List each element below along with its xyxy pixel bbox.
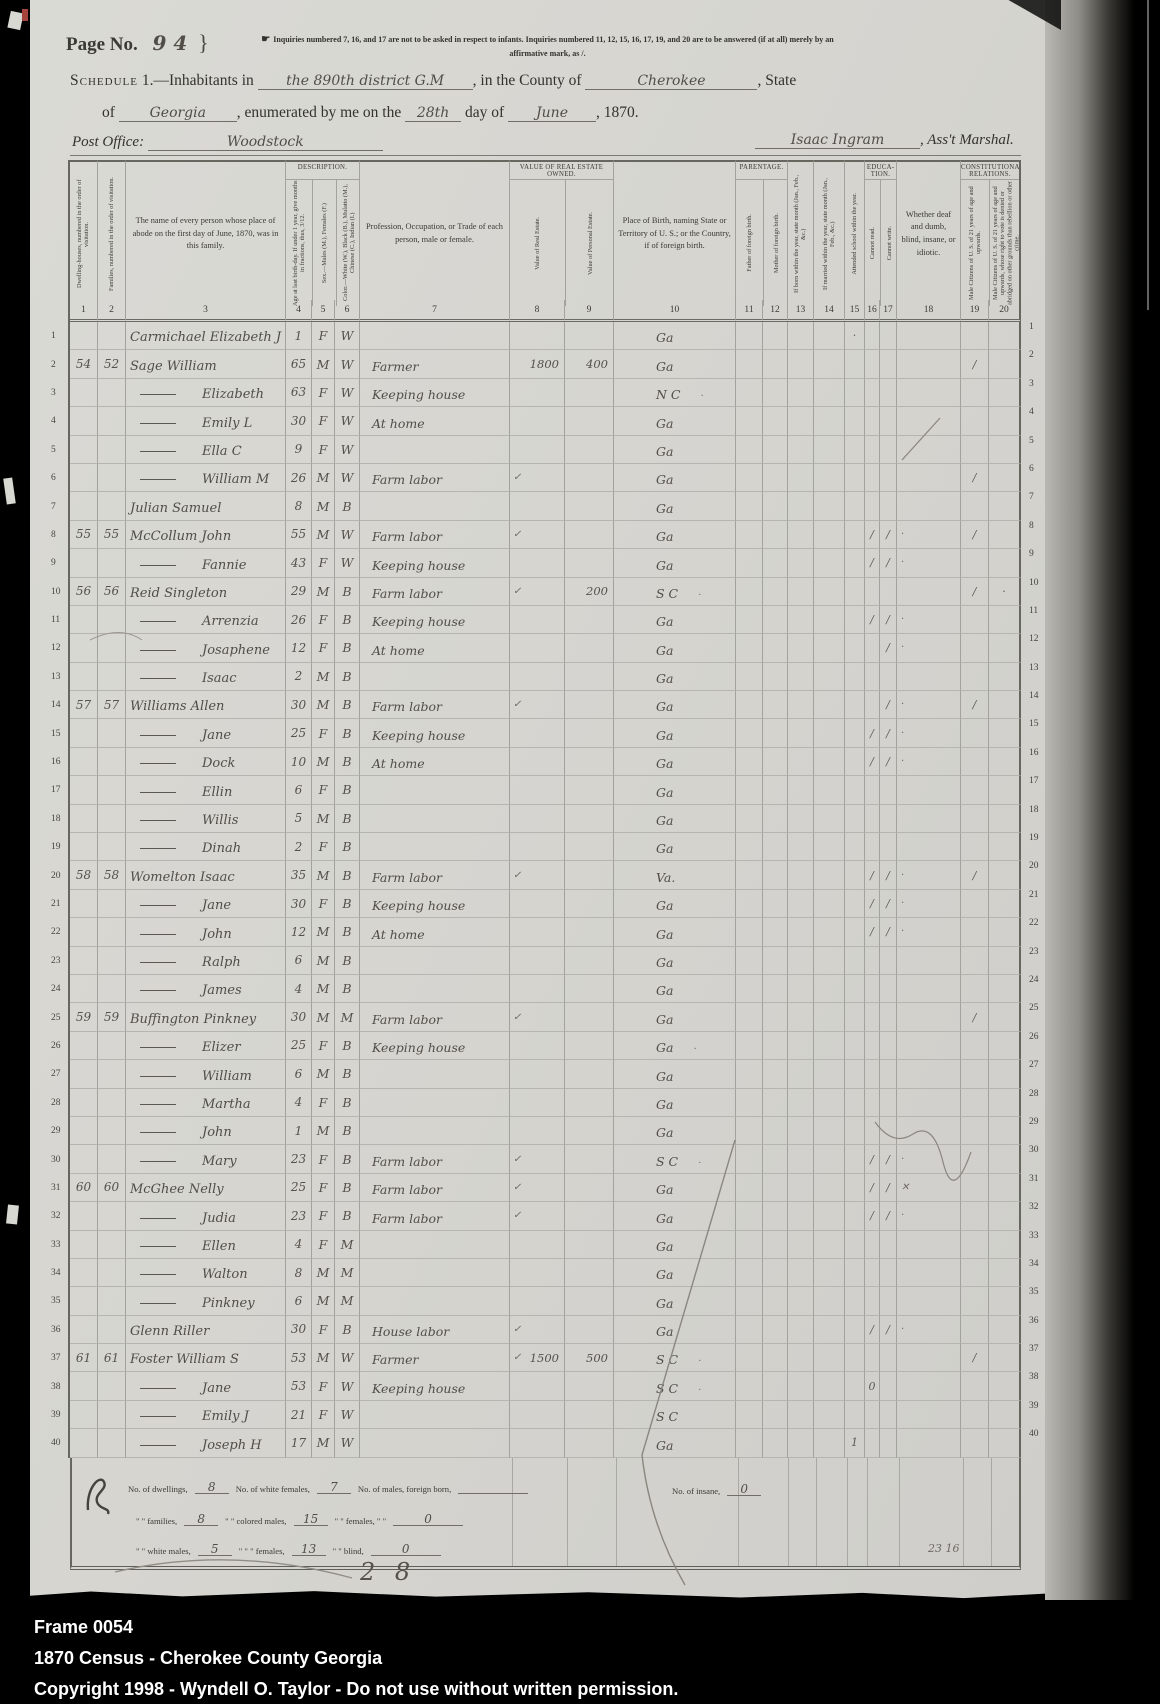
cell-birthplace: Ga <box>614 748 736 776</box>
cell-age: 26 <box>286 464 312 492</box>
cell-birthplace: Ga <box>614 1003 736 1031</box>
ditto-dash-mark <box>140 394 176 395</box>
cell-father-foreign <box>736 1117 763 1145</box>
affirmative-tick: ✓ <box>513 586 521 597</box>
cell-month-born <box>788 1117 814 1145</box>
cell-month-born <box>788 1287 814 1315</box>
header-group-constitutional: CONSTITUTIONAL RELATIONS. Male Citizens … <box>961 160 1021 306</box>
census-row: 38Jane53FWKeeping houseS C·0 <box>48 1372 1021 1400</box>
cell-cannot-read <box>865 407 880 435</box>
ditto-dash-mark <box>140 1076 176 1077</box>
row-number-left: 28 <box>48 1089 70 1117</box>
affirmative-tick: ✓ <box>513 529 521 540</box>
schedule-rest: 1.—Inhabitants in <box>138 72 254 89</box>
cell-attended-school <box>845 719 865 747</box>
occupation-text: Farmer <box>372 359 418 374</box>
cell-dwelling-number <box>70 663 98 691</box>
cell-real-estate <box>510 1287 565 1315</box>
cell-attended-school <box>845 1145 865 1173</box>
cell-male-citizen <box>961 1117 989 1145</box>
birthplace-text: Ga <box>656 841 673 856</box>
cell-age: 21 <box>286 1401 312 1429</box>
cell-name: Joseph H <box>126 1429 286 1457</box>
cell-family-number <box>98 1372 126 1400</box>
birthplace-text: S C <box>656 1381 678 1396</box>
cell-month-married <box>814 350 845 378</box>
ditto-dash-mark <box>140 1132 176 1133</box>
cell-age: 30 <box>286 1003 312 1031</box>
cell-occupation: Farm labor <box>360 691 510 719</box>
cell-cannot-write <box>880 1060 897 1088</box>
header-label: Value of Personal Estate. <box>587 212 594 275</box>
header-sex: Sex.—Males (M.), Females (F.) <box>313 180 337 306</box>
cell-month-married <box>814 1287 845 1315</box>
cell-cannot-read <box>865 1401 880 1429</box>
cell-month-born <box>788 436 814 464</box>
cell-attended-school <box>845 748 865 776</box>
cell-father-foreign <box>736 1089 763 1117</box>
cell-father-foreign <box>736 663 763 691</box>
person-name: Elizer <box>202 1040 241 1055</box>
cell-age: 1 <box>286 1117 312 1145</box>
cell-cannot-write <box>880 1259 897 1287</box>
summary-rule <box>816 1458 817 1566</box>
birthplace-text: Ga <box>656 444 673 459</box>
cell-personal-estate <box>565 1316 614 1344</box>
cell-father-foreign <box>736 492 763 520</box>
cell-birthplace: Ga <box>614 691 736 719</box>
cell-month-married <box>814 464 845 492</box>
summary-rule <box>512 1458 513 1566</box>
cell-deaf-dumb <box>897 1117 961 1145</box>
occupation-text: At home <box>372 643 425 658</box>
cell-dwelling-number <box>70 436 98 464</box>
cell-month-married <box>814 1231 845 1259</box>
cell-name: Emily J <box>126 1401 286 1429</box>
birthplace-text: Ga <box>656 1040 673 1055</box>
column-number: 17 <box>880 300 897 322</box>
cell-color: B <box>335 691 360 719</box>
cell-dwelling-number <box>70 1287 98 1315</box>
cell-cannot-write <box>880 1401 897 1429</box>
birthplace-text: Ga <box>656 643 673 658</box>
birthplace-text: Ga <box>656 728 673 743</box>
cell-male-citizen <box>961 975 989 1003</box>
cell-attended-school <box>845 1003 865 1031</box>
cell-personal-estate <box>565 379 614 407</box>
cell-father-foreign <box>736 748 763 776</box>
cell-family-number <box>98 464 126 492</box>
cell-cannot-write <box>880 805 897 833</box>
header-label: Value of Real Estate. <box>534 217 541 270</box>
cell-real-estate <box>510 918 565 946</box>
cell-month-born <box>788 1372 814 1400</box>
occupation-text: Farm labor <box>372 1012 442 1027</box>
cell-vote-denied <box>989 947 1021 975</box>
census-row: 15Jane25FBKeeping houseGa//· <box>48 719 1021 747</box>
cell-male-citizen <box>961 1287 989 1315</box>
occupation-text: Farm labor <box>372 699 442 714</box>
cell-month-married <box>814 634 845 662</box>
cell-occupation: At home <box>360 634 510 662</box>
cell-name: Jane <box>126 1372 286 1400</box>
cell-cannot-read <box>865 350 880 378</box>
ditto-dash-mark <box>140 1104 176 1105</box>
occupation-text: Keeping house <box>372 614 465 629</box>
cell-occupation: At home <box>360 407 510 435</box>
row-number-left: 8 <box>48 521 70 549</box>
birthplace-text: Ga <box>656 359 673 374</box>
cell-month-born <box>788 464 814 492</box>
cell-month-born <box>788 1316 814 1344</box>
pencil-notation: 23 16 <box>928 1542 960 1555</box>
district-handwritten: the 890th district G.M <box>258 73 473 90</box>
ink-flourish <box>84 1470 114 1516</box>
cell-deaf-dumb <box>897 1032 961 1060</box>
cell-month-born <box>788 1060 814 1088</box>
cell-vote-denied <box>989 492 1021 520</box>
cell-attended-school <box>845 379 865 407</box>
cell-father-foreign <box>736 350 763 378</box>
occupation-text: Farm labor <box>372 870 442 885</box>
cell-vote-denied <box>989 1032 1021 1060</box>
cell-occupation <box>360 436 510 464</box>
cell-age: 8 <box>286 1259 312 1287</box>
cell-age: 35 <box>286 861 312 889</box>
cell-occupation: Keeping house <box>360 719 510 747</box>
header-label: Male Citizens of U. S. of 21 years of ag… <box>968 180 982 306</box>
header-name: The name of every person whose place of … <box>126 160 286 306</box>
ditto-dash-mark <box>140 479 176 480</box>
cell-real-estate <box>510 1429 565 1457</box>
cell-family-number <box>98 1231 126 1259</box>
cell-real-estate: ✓ <box>510 1003 565 1031</box>
row-number-left: 5 <box>48 436 70 464</box>
cell-father-foreign <box>736 918 763 946</box>
cell-deaf-dumb <box>897 492 961 520</box>
cell-father-foreign <box>736 975 763 1003</box>
page-no-label: Page No. <box>66 34 138 55</box>
cell-personal-estate <box>565 1060 614 1088</box>
cell-attended-school <box>845 634 865 662</box>
cell-occupation <box>360 776 510 804</box>
cell-vote-denied <box>989 1259 1021 1287</box>
cell-sex: M <box>312 1429 335 1457</box>
cell-attended-school <box>845 1032 865 1060</box>
personal-estate-value: 400 <box>586 357 608 371</box>
person-name: Fannie <box>202 558 246 573</box>
ditto-dash-mark <box>140 905 176 906</box>
affirmative-tick: ✓ <box>513 472 521 483</box>
cell-cannot-write <box>880 464 897 492</box>
cell-birthplace: Ga· <box>614 1032 736 1060</box>
ditto-dash-mark <box>140 763 176 764</box>
cell-real-estate <box>510 805 565 833</box>
cell-color: W <box>335 521 360 549</box>
cell-month-born <box>788 379 814 407</box>
cell-real-estate: ✓1500 <box>510 1344 565 1372</box>
cell-dwelling-number <box>70 322 98 350</box>
cell-attended-school <box>845 861 865 889</box>
cell-sex: F <box>312 1401 335 1429</box>
cell-father-foreign <box>736 549 763 577</box>
cell-color: B <box>335 1202 360 1230</box>
cell-mother-foreign <box>763 1259 788 1287</box>
cell-color: M <box>335 1287 360 1315</box>
cell-father-foreign <box>736 1060 763 1088</box>
cell-cannot-write <box>880 947 897 975</box>
cell-vote-denied <box>989 1003 1021 1031</box>
cell-sex: F <box>312 890 335 918</box>
cell-cannot-write: / <box>880 748 897 776</box>
cell-male-citizen <box>961 719 989 747</box>
census-row: 32Judia23FBFarm labor✓Ga//· <box>48 1202 1021 1230</box>
birthplace-text: Ga <box>656 983 673 998</box>
row-number-left: 21 <box>48 890 70 918</box>
cell-age: 17 <box>286 1429 312 1457</box>
row-number-left: 23 <box>48 947 70 975</box>
birthplace-text: S C <box>656 1352 678 1367</box>
cell-attended-school <box>845 1401 865 1429</box>
cell-dwelling-number <box>70 1117 98 1145</box>
cell-family-number <box>98 436 126 464</box>
cell-name: Elizabeth <box>126 379 286 407</box>
cell-dwelling-number <box>70 1316 98 1344</box>
cell-male-citizen <box>961 1089 989 1117</box>
cell-occupation: Farm labor <box>360 521 510 549</box>
person-name: Carmichael Elizabeth J <box>130 330 281 345</box>
cell-deaf-dumb <box>897 833 961 861</box>
cell-father-foreign <box>736 407 763 435</box>
cell-real-estate <box>510 719 565 747</box>
cell-occupation <box>360 1231 510 1259</box>
cell-name: Ralph <box>126 947 286 975</box>
header-father-foreign: Father of foreign birth. <box>736 180 764 306</box>
cell-name: Arrenzia <box>126 606 286 634</box>
person-name: Dinah <box>202 841 241 856</box>
cell-mother-foreign <box>763 549 788 577</box>
cell-family-number <box>98 947 126 975</box>
cell-male-citizen: / <box>961 1003 989 1031</box>
cell-cannot-read <box>865 975 880 1003</box>
cell-cannot-write: / <box>880 890 897 918</box>
cell-name: Foster William S <box>126 1344 286 1372</box>
cell-male-citizen <box>961 492 989 520</box>
cell-vote-denied <box>989 606 1021 634</box>
cell-male-citizen <box>961 634 989 662</box>
cell-personal-estate: 500 <box>565 1344 614 1372</box>
cell-personal-estate <box>565 1117 614 1145</box>
header-label: Color.—White (W.), Black (B.), Mulatto (… <box>342 180 356 306</box>
cell-cannot-read: / <box>865 1174 880 1202</box>
cell-personal-estate <box>565 1032 614 1060</box>
cell-family-number: 61 <box>98 1344 126 1372</box>
cell-cannot-write: / <box>880 1174 897 1202</box>
cell-attended-school <box>845 975 865 1003</box>
cell-occupation: Farm labor <box>360 464 510 492</box>
cell-mother-foreign <box>763 1231 788 1259</box>
cell-birthplace: Ga <box>614 975 736 1003</box>
summary-value: 8 <box>195 1482 229 1494</box>
census-row: 16Dock10MBAt homeGa//· <box>48 748 1021 776</box>
person-name: Ella C <box>202 444 242 459</box>
cell-sex: F <box>312 1316 335 1344</box>
summary-rule <box>991 1458 992 1566</box>
cell-sex: F <box>312 436 335 464</box>
cell-age: 6 <box>286 1060 312 1088</box>
cell-father-foreign <box>736 464 763 492</box>
cell-cannot-read: 0 <box>865 1372 880 1400</box>
cell-cannot-read <box>865 1003 880 1031</box>
cell-birthplace: Ga <box>614 918 736 946</box>
cell-month-born <box>788 918 814 946</box>
cell-male-citizen <box>961 805 989 833</box>
row-number-left: 37 <box>48 1344 70 1372</box>
cell-mother-foreign <box>763 975 788 1003</box>
census-row: 22John12MBAt homeGa//· <box>48 918 1021 946</box>
ditto-dash-mark <box>140 1161 176 1162</box>
cell-cannot-read <box>865 1231 880 1259</box>
cell-age: 12 <box>286 918 312 946</box>
cell-birthplace: Ga <box>614 805 736 833</box>
cell-vote-denied <box>989 918 1021 946</box>
summary-block: No. of dwellings, 8 No. of white females… <box>70 1458 1021 1570</box>
cell-birthplace: Ga <box>614 1287 736 1315</box>
cell-personal-estate <box>565 606 614 634</box>
group-band-label: CONSTITUTIONAL RELATIONS. <box>961 162 1019 180</box>
cell-male-citizen <box>961 606 989 634</box>
pencil-dot-mark: · <box>698 1385 701 1396</box>
occupation-text: Farm labor <box>372 1182 442 1197</box>
summary-label: No. of males, foreign born, <box>358 1484 451 1494</box>
cell-month-born <box>788 606 814 634</box>
cell-age: 29 <box>286 578 312 606</box>
header-label: Male Citizens of U. S. of 21 years of ag… <box>992 180 1021 306</box>
row-number-left: 9 <box>48 549 70 577</box>
group-band-label: VALUE OF REAL ESTATE OWNED. <box>510 162 613 180</box>
cell-mother-foreign <box>763 350 788 378</box>
cell-mother-foreign <box>763 1316 788 1344</box>
cell-sex: M <box>312 464 335 492</box>
header-label: Place of Birth, naming State or Territor… <box>618 215 731 253</box>
cell-vote-denied <box>989 1316 1021 1344</box>
cell-real-estate: ✓ <box>510 1174 565 1202</box>
cell-father-foreign <box>736 322 763 350</box>
cell-name: Mary <box>126 1145 286 1173</box>
cell-month-married <box>814 1202 845 1230</box>
person-name: John <box>202 927 232 942</box>
cell-sex: F <box>312 1089 335 1117</box>
affirmative-tick: ✓ <box>513 1182 521 1193</box>
column-number: 15 <box>845 300 865 322</box>
person-name: Emily L <box>202 416 252 431</box>
cell-deaf-dumb <box>897 1429 961 1457</box>
cell-father-foreign <box>736 947 763 975</box>
person-name: Ellen <box>202 1239 236 1254</box>
cell-family-number <box>98 918 126 946</box>
cell-dwelling-number: 55 <box>70 521 98 549</box>
cell-cannot-write: / <box>880 918 897 946</box>
cell-real-estate <box>510 1231 565 1259</box>
cell-birthplace: Ga <box>614 1089 736 1117</box>
cell-real-estate <box>510 634 565 662</box>
census-row: 7Julian Samuel8MBGa <box>48 492 1021 520</box>
cell-birthplace: Ga <box>614 1259 736 1287</box>
cell-cannot-read: / <box>865 1145 880 1173</box>
census-row: 6William M26MWFarm labor✓Ga/ <box>48 464 1021 492</box>
cell-vote-denied <box>989 407 1021 435</box>
row-number-left: 14 <box>48 691 70 719</box>
cell-vote-denied <box>989 521 1021 549</box>
of-label: of <box>102 104 115 121</box>
cell-real-estate <box>510 833 565 861</box>
cell-dwelling-number <box>70 492 98 520</box>
cell-mother-foreign <box>763 691 788 719</box>
cell-birthplace: Ga <box>614 1202 736 1230</box>
cell-personal-estate <box>565 975 614 1003</box>
cell-birthplace: Ga <box>614 1429 736 1457</box>
cell-sex: F <box>312 1231 335 1259</box>
cell-month-married <box>814 407 845 435</box>
census-row: 5Ella C9FWGa <box>48 436 1021 464</box>
cell-occupation: Farm labor <box>360 578 510 606</box>
person-name: Pinkney <box>202 1296 255 1311</box>
cell-sex: M <box>312 691 335 719</box>
occupation-text: Keeping house <box>372 898 465 913</box>
cell-occupation: Farm labor <box>360 1003 510 1031</box>
cell-age: 6 <box>286 1287 312 1315</box>
cell-birthplace: Ga <box>614 833 736 861</box>
cell-attended-school <box>845 833 865 861</box>
cell-personal-estate <box>565 833 614 861</box>
cell-age: 55 <box>286 521 312 549</box>
ditto-dash-mark <box>140 735 176 736</box>
birthplace-text: N C <box>656 387 680 402</box>
cell-male-citizen: / <box>961 350 989 378</box>
cell-age: 2 <box>286 663 312 691</box>
cell-real-estate: ✓ <box>510 1202 565 1230</box>
cell-cannot-write: / <box>880 719 897 747</box>
census-row: 376161Foster William S53MWFarmer✓1500500… <box>48 1344 1021 1372</box>
cell-birthplace: Ga <box>614 606 736 634</box>
cell-real-estate <box>510 407 565 435</box>
cell-family-number <box>98 663 126 691</box>
cell-personal-estate: 400 <box>565 350 614 378</box>
caption-title: 1870 Census - Cherokee County Georgia <box>34 1643 1160 1674</box>
cell-family-number <box>98 776 126 804</box>
cell-name: Fannie <box>126 549 286 577</box>
summary-rule <box>616 1458 617 1566</box>
cell-deaf-dumb: · <box>897 1145 961 1173</box>
cell-mother-foreign <box>763 322 788 350</box>
scan-page: Page No. 9 4 } ☛Inquiries numbered 7, 16… <box>0 0 1160 1704</box>
person-name: John <box>202 1125 232 1140</box>
cell-attended-school <box>845 1287 865 1315</box>
cell-birthplace: Ga <box>614 1174 736 1202</box>
ditto-dash-mark <box>140 621 176 622</box>
cell-attended-school <box>845 1344 865 1372</box>
group-band-label: PARENTAGE. <box>736 162 787 180</box>
cell-cannot-read <box>865 436 880 464</box>
cell-vote-denied <box>989 1117 1021 1145</box>
birthplace-text: Ga <box>656 529 673 544</box>
person-name: William M <box>202 472 269 487</box>
cell-month-born <box>788 833 814 861</box>
cell-occupation: Farm labor <box>360 1145 510 1173</box>
cell-age: 6 <box>286 947 312 975</box>
ditto-dash-mark <box>140 650 176 651</box>
birthplace-text: Ga <box>656 1324 673 1339</box>
